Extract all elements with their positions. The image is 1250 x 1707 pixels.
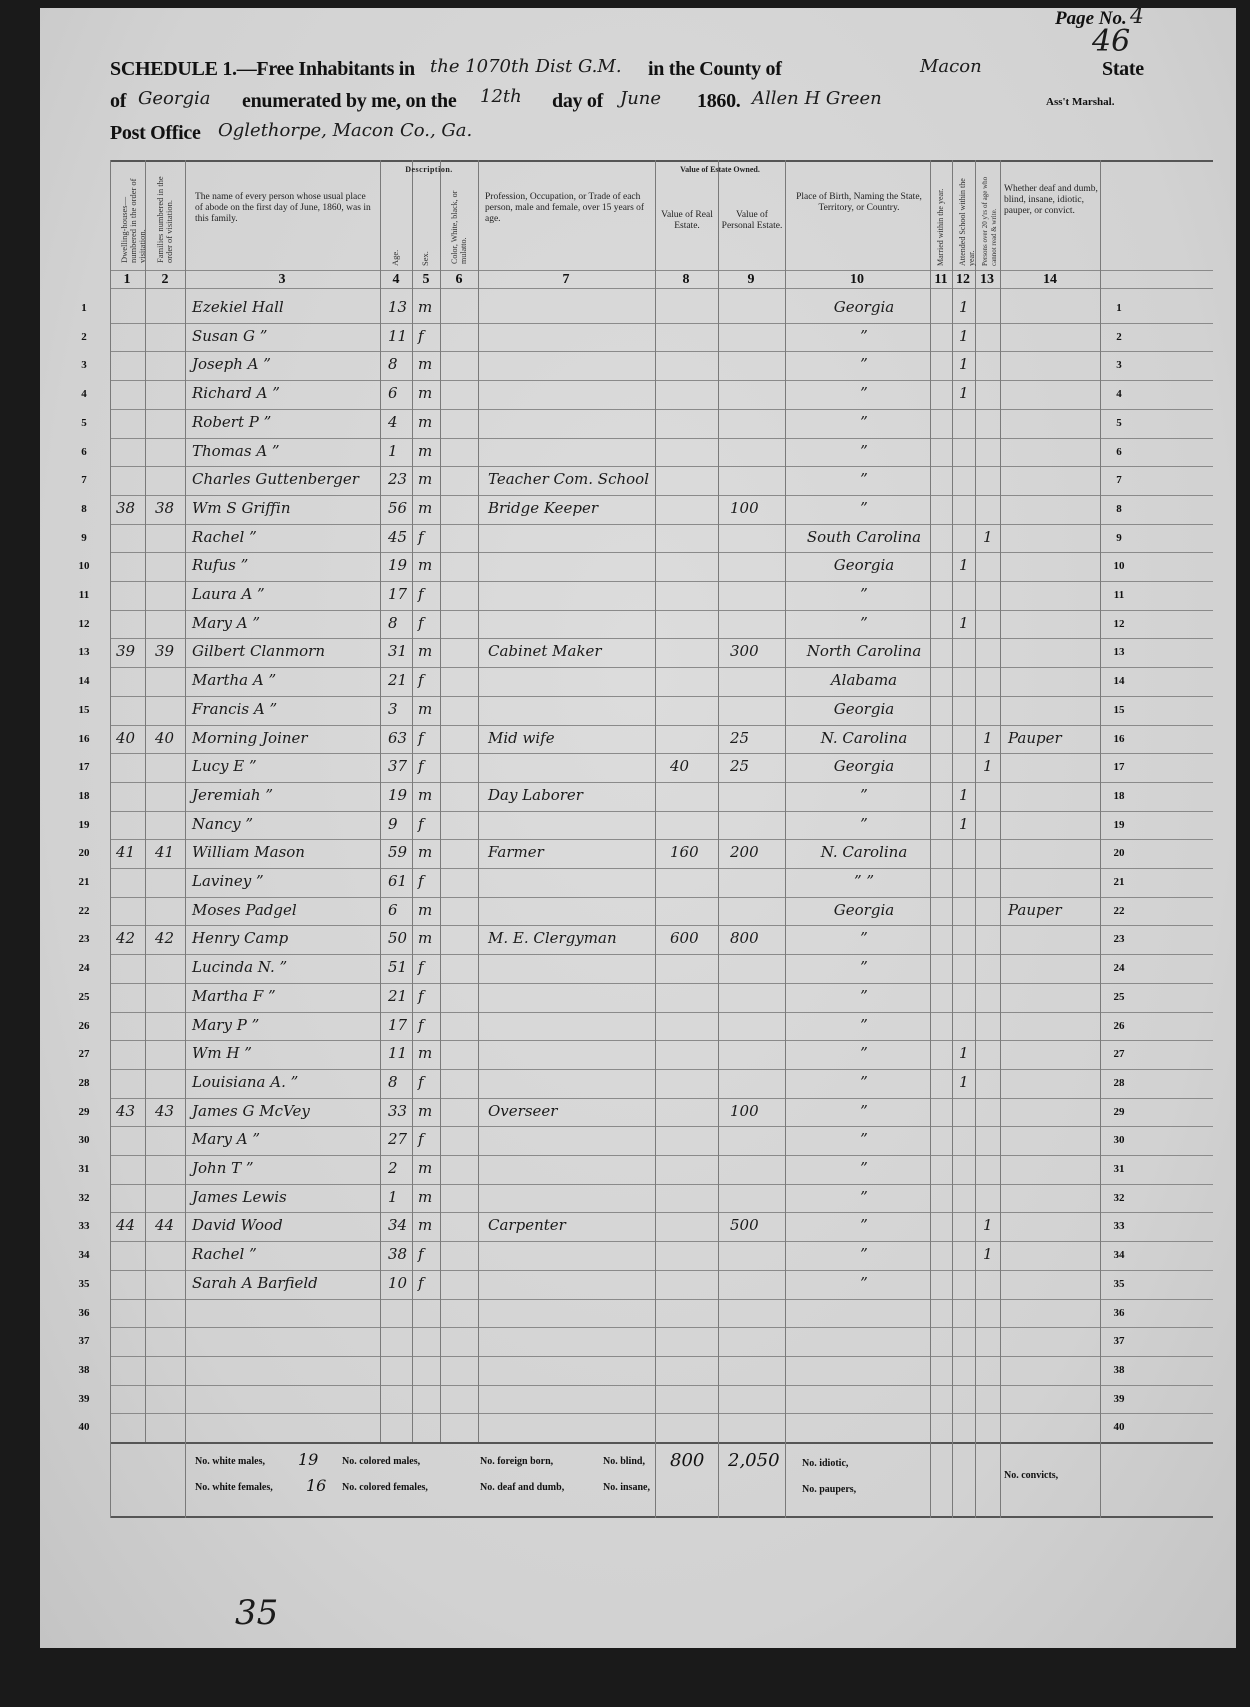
- table-row: 10Rufus ”19mGeorgia110: [110, 552, 1213, 581]
- person-name: Rachel ”: [192, 1245, 257, 1263]
- illiterate-mark: 1: [983, 1245, 993, 1263]
- rownum-right: 36: [1107, 1307, 1131, 1319]
- person-name: John T ”: [192, 1159, 254, 1177]
- condition: Pauper: [1008, 729, 1062, 747]
- rownum-right: 23: [1107, 933, 1131, 945]
- age: 38: [388, 1245, 407, 1263]
- rownum-right: 8: [1107, 503, 1131, 515]
- illiterate-mark: 1: [983, 528, 993, 546]
- birthplace: ”: [800, 1245, 928, 1263]
- sex: m: [418, 1216, 432, 1234]
- condition: Pauper: [1008, 901, 1062, 919]
- sex: m: [418, 843, 432, 861]
- col13-header: Persons over 20 y'rs of age who cannot r…: [981, 166, 999, 266]
- table-row: 3737: [110, 1327, 1213, 1356]
- illiterate-mark: 1: [983, 757, 993, 775]
- rownum-left: 25: [72, 991, 96, 1003]
- rownum-left: 33: [72, 1220, 96, 1232]
- sex: f: [418, 327, 424, 345]
- birthplace: ”: [800, 1016, 928, 1034]
- illiterate-mark: 1: [983, 729, 993, 747]
- column-number: 13: [975, 272, 999, 288]
- age: 11: [388, 1044, 407, 1062]
- personal-estate-value: 500: [730, 1216, 759, 1234]
- column-number: 3: [270, 272, 294, 288]
- table-row: 164040Morning Joiner63fMid wife25N. Caro…: [110, 725, 1213, 754]
- estate-header: Value of Estate Owned.: [655, 164, 785, 175]
- family-number: 42: [155, 929, 174, 947]
- rownum-right: 18: [1107, 790, 1131, 802]
- occupation: M. E. Clergyman: [488, 929, 617, 947]
- table-row: 133939Gilbert Clanmorn31mCabinet Maker30…: [110, 638, 1213, 667]
- birthplace: Georgia: [800, 901, 928, 919]
- white-males-label: No. white males,: [195, 1456, 265, 1467]
- col4-header: Age.: [391, 238, 400, 266]
- rownum-right: 31: [1107, 1163, 1131, 1175]
- district-value: the 1070th Dist G.M.: [430, 56, 622, 77]
- person-name: Jeremiah ”: [192, 786, 273, 804]
- person-name: Charles Guttenberger: [192, 470, 359, 488]
- person-name: Ezekiel Hall: [192, 298, 284, 316]
- sex: m: [418, 786, 432, 804]
- rownum-right: 1: [1107, 302, 1131, 314]
- table-row: 5Robert P ”4m”5: [110, 409, 1213, 438]
- table-row: 83838Wm S Griffin56mBridge Keeper100”8: [110, 495, 1213, 524]
- occupation: Farmer: [488, 843, 544, 861]
- rownum-left: 15: [72, 704, 96, 716]
- age: 8: [388, 614, 398, 632]
- age: 8: [388, 355, 398, 373]
- white-females-label: No. white females,: [195, 1482, 273, 1493]
- rownum-right: 37: [1107, 1335, 1131, 1347]
- column-number: 2: [153, 272, 177, 288]
- age: 27: [388, 1130, 407, 1148]
- age: 21: [388, 671, 407, 689]
- rownum-left: 38: [72, 1364, 96, 1376]
- table-row: 35Sarah A Barfield10f”35: [110, 1270, 1213, 1299]
- column-number: 8: [674, 272, 698, 288]
- personal-estate-value: 100: [730, 1102, 759, 1120]
- column-number: 14: [1038, 272, 1062, 288]
- age: 56: [388, 499, 407, 517]
- rownum-right: 34: [1107, 1249, 1131, 1261]
- birthplace: ”: [800, 1188, 928, 1206]
- rownum-left: 23: [72, 933, 96, 945]
- sex: m: [418, 1044, 432, 1062]
- rownum-left: 24: [72, 962, 96, 974]
- personal-estate-value: 300: [730, 642, 759, 660]
- family-number: 43: [155, 1102, 174, 1120]
- school-mark: 1: [959, 1044, 969, 1062]
- rownum-left: 8: [72, 503, 96, 515]
- table-row: 32James Lewis1m”32: [110, 1184, 1213, 1213]
- rownum-left: 9: [72, 532, 96, 544]
- state-value: Georgia: [138, 88, 210, 109]
- sex: m: [418, 470, 432, 488]
- age: 31: [388, 642, 407, 660]
- table-row: 11Laura A ”17f”11: [110, 581, 1213, 610]
- rownum-right: 6: [1107, 446, 1131, 458]
- description-header: Description.: [380, 164, 478, 175]
- marshal-label: Ass't Marshal.: [1046, 96, 1114, 108]
- person-name: Susan G ”: [192, 327, 267, 345]
- table-row: 2Susan G ”11f”12: [110, 323, 1213, 352]
- insane-label: No. insane,: [603, 1482, 650, 1493]
- col11-header: Married within the year.: [936, 168, 945, 266]
- birthplace: ” ”: [800, 872, 928, 890]
- family-number: 39: [155, 642, 174, 660]
- rownum-left: 32: [72, 1192, 96, 1204]
- rownum-left: 22: [72, 905, 96, 917]
- col5-header: Sex.: [421, 238, 430, 266]
- table-row: 17Lucy E ”37f4025Georgia117: [110, 753, 1213, 782]
- dwelling-number: 40: [116, 729, 135, 747]
- birthplace: ”: [800, 499, 928, 517]
- day-value: 12th: [480, 86, 522, 107]
- schedule-title: SCHEDULE 1.—Free Inhabitants in: [110, 58, 415, 81]
- col10-header: Place of Birth, Naming the State, Territ…: [790, 192, 928, 214]
- column-number: 7: [554, 272, 578, 288]
- sex: m: [418, 384, 432, 402]
- sex: m: [418, 355, 432, 373]
- rownum-right: 2: [1107, 331, 1131, 343]
- rownum-left: 1: [72, 302, 96, 314]
- sex: f: [418, 1016, 424, 1034]
- dwelling-number: 41: [116, 843, 135, 861]
- school-mark: 1: [959, 1073, 969, 1091]
- sex: f: [418, 1073, 424, 1091]
- rownum-left: 2: [72, 331, 96, 343]
- column-number: 4: [384, 272, 408, 288]
- dwelling-number: 39: [116, 642, 135, 660]
- table-bottom-border: [110, 1516, 1213, 1518]
- rownum-left: 26: [72, 1020, 96, 1032]
- table-row: 3838: [110, 1356, 1213, 1385]
- county-value: Macon: [920, 56, 982, 77]
- rownum-right: 17: [1107, 761, 1131, 773]
- day-of-label: day of: [552, 90, 603, 113]
- column-number: 11: [929, 272, 953, 288]
- age: 1: [388, 442, 398, 460]
- bottom-note: 35: [235, 1593, 278, 1633]
- rownum-left: 35: [72, 1278, 96, 1290]
- col1-header: Dwelling-houses—numbered in the order of…: [120, 168, 147, 263]
- school-mark: 1: [959, 786, 969, 804]
- idiotic-label: No. idiotic,: [802, 1458, 848, 1469]
- sex: m: [418, 642, 432, 660]
- table-row: 7Charles Guttenberger23mTeacher Com. Sch…: [110, 466, 1213, 495]
- table-row: 1Ezekiel Hall13mGeorgia11: [110, 294, 1213, 323]
- sex: m: [418, 700, 432, 718]
- sex: f: [418, 872, 424, 890]
- rownum-right: 11: [1107, 589, 1131, 601]
- rownum-left: 39: [72, 1393, 96, 1405]
- person-name: Thomas A ”: [192, 442, 280, 460]
- column-number: 10: [845, 272, 869, 288]
- personal-estate-value: 100: [730, 499, 759, 517]
- family-number: 40: [155, 729, 174, 747]
- school-mark: 1: [959, 298, 969, 316]
- table-row: 21Laviney ”61f” ”21: [110, 868, 1213, 897]
- rownum-left: 7: [72, 474, 96, 486]
- rownum-left: 12: [72, 618, 96, 630]
- age: 4: [388, 413, 398, 431]
- sex: f: [418, 1274, 424, 1292]
- table-row: 15Francis A ”3mGeorgia15: [110, 696, 1213, 725]
- birthplace: ”: [800, 786, 928, 804]
- birthplace: South Carolina: [800, 528, 928, 546]
- header-divider: [110, 270, 1213, 271]
- birthplace: ”: [800, 1216, 928, 1234]
- col12-header: Attended School within the year.: [958, 168, 976, 266]
- person-name: Francis A ”: [192, 700, 277, 718]
- person-name: Joseph A ”: [192, 355, 271, 373]
- real-estate-value: 40: [670, 757, 689, 775]
- rownum-left: 30: [72, 1134, 96, 1146]
- column-number: 12: [951, 272, 975, 288]
- table-row: 27Wm H ”11m”127: [110, 1040, 1213, 1069]
- person-name: James Lewis: [192, 1188, 287, 1206]
- birthplace: ”: [800, 1159, 928, 1177]
- dwelling-number: 42: [116, 929, 135, 947]
- rownum-right: 15: [1107, 704, 1131, 716]
- age: 23: [388, 470, 407, 488]
- birthplace: ”: [800, 327, 928, 345]
- col8-header: Value of Real Estate.: [658, 210, 716, 232]
- white-males-value: 19: [298, 1450, 318, 1469]
- birthplace: ”: [800, 1073, 928, 1091]
- table-row: 9Rachel ”45fSouth Carolina19: [110, 524, 1213, 553]
- dwelling-number: 44: [116, 1216, 135, 1234]
- rownum-right: 4: [1107, 388, 1131, 400]
- real-estate-value: 160: [670, 843, 699, 861]
- person-name: Rufus ”: [192, 556, 248, 574]
- school-mark: 1: [959, 614, 969, 632]
- table-top-border: [110, 160, 1213, 162]
- birthplace: Georgia: [800, 700, 928, 718]
- month-value: June: [620, 88, 661, 109]
- rownum-right: 29: [1107, 1106, 1131, 1118]
- sex: m: [418, 1188, 432, 1206]
- occupation: Bridge Keeper: [488, 499, 598, 517]
- rownum-right: 27: [1107, 1048, 1131, 1060]
- column-number: 9: [739, 272, 763, 288]
- birthplace: ”: [800, 815, 928, 833]
- real-estate-value: 600: [670, 929, 699, 947]
- rownum-right: 33: [1107, 1220, 1131, 1232]
- person-name: Richard A ”: [192, 384, 280, 402]
- colnum-divider: [110, 288, 1213, 289]
- table-row: 28Louisiana A. ”8f”128: [110, 1069, 1213, 1098]
- blind-label: No. blind,: [603, 1456, 645, 1467]
- school-mark: 1: [959, 355, 969, 373]
- person-name: James G McVey: [192, 1102, 310, 1120]
- column-number: 5: [414, 272, 438, 288]
- person-name: Nancy ”: [192, 815, 253, 833]
- rownum-left: 18: [72, 790, 96, 802]
- deaf-dumb-label: No. deaf and dumb,: [480, 1482, 564, 1493]
- stamped-page-number: 46: [1092, 24, 1130, 59]
- birthplace: ”: [800, 470, 928, 488]
- person-name: Lucy E ”: [192, 757, 257, 775]
- age: 63: [388, 729, 407, 747]
- family-number: 38: [155, 499, 174, 517]
- rownum-right: 39: [1107, 1393, 1131, 1405]
- occupation: Mid wife: [488, 729, 555, 747]
- sex: f: [418, 671, 424, 689]
- occupation: Cabinet Maker: [488, 642, 602, 660]
- occupation: Day Laborer: [488, 786, 583, 804]
- person-name: Wm H ”: [192, 1044, 252, 1062]
- table-row: 3Joseph A ”8m”13: [110, 351, 1213, 380]
- person-name: Mary A ”: [192, 614, 260, 632]
- person-name: Louisiana A. ”: [192, 1073, 298, 1091]
- colored-males-label: No. colored males,: [342, 1456, 420, 1467]
- rownum-right: 24: [1107, 962, 1131, 974]
- sex: f: [418, 729, 424, 747]
- table-row: 12Mary A ”8f”112: [110, 610, 1213, 639]
- birthplace: ”: [800, 384, 928, 402]
- person-name: Henry Camp: [192, 929, 288, 947]
- birthplace: N. Carolina: [800, 843, 928, 861]
- rownum-left: 4: [72, 388, 96, 400]
- rownum-right: 22: [1107, 905, 1131, 917]
- rownum-left: 37: [72, 1335, 96, 1347]
- enumerated-label: enumerated by me, on the: [242, 90, 456, 113]
- birthplace: ”: [800, 987, 928, 1005]
- convicts-label: No. convicts,: [1004, 1470, 1058, 1481]
- dwelling-number: 43: [116, 1102, 135, 1120]
- age: 61: [388, 872, 407, 890]
- person-name: Rachel ”: [192, 528, 257, 546]
- rownum-right: 25: [1107, 991, 1131, 1003]
- person-name: Martha F ”: [192, 987, 276, 1005]
- table-row: 294343James G McVey33mOverseer100”29: [110, 1098, 1213, 1127]
- dwelling-number: 38: [116, 499, 135, 517]
- person-name: Lucinda N. ”: [192, 958, 287, 976]
- age: 50: [388, 929, 407, 947]
- rownum-left: 19: [72, 819, 96, 831]
- rownum-left: 13: [72, 646, 96, 658]
- age: 1: [388, 1188, 398, 1206]
- colored-females-label: No. colored females,: [342, 1482, 428, 1493]
- sex: f: [418, 958, 424, 976]
- rownum-left: 36: [72, 1307, 96, 1319]
- occupation: Carpenter: [488, 1216, 566, 1234]
- rownum-left: 16: [72, 733, 96, 745]
- table-row: 234242Henry Camp50mM. E. Clergyman600800…: [110, 925, 1213, 954]
- birthplace: North Carolina: [800, 642, 928, 660]
- rownum-left: 3: [72, 359, 96, 371]
- col2-header: Families numbered in the order of visita…: [156, 168, 174, 263]
- rownum-left: 10: [72, 560, 96, 572]
- age: 2: [388, 1159, 398, 1177]
- rownum-right: 26: [1107, 1020, 1131, 1032]
- year-value: 1860.: [697, 90, 741, 113]
- col7-header: Profession, Occupation, or Trade of each…: [485, 192, 653, 225]
- person-name: Robert P ”: [192, 413, 271, 431]
- rownum-right: 20: [1107, 847, 1131, 859]
- foreign-born-label: No. foreign born,: [480, 1456, 553, 1467]
- rownum-left: 21: [72, 876, 96, 888]
- sex: f: [418, 757, 424, 775]
- person-name: Mary A ”: [192, 1130, 260, 1148]
- rownum-left: 28: [72, 1077, 96, 1089]
- page-number-value: 4: [1130, 4, 1144, 29]
- family-number: 44: [155, 1216, 174, 1234]
- state-label: State: [1102, 58, 1144, 81]
- table-row: 25Martha F ”21f”25: [110, 983, 1213, 1012]
- sex: m: [418, 298, 432, 316]
- birthplace: Alabama: [800, 671, 928, 689]
- sex: m: [418, 442, 432, 460]
- school-mark: 1: [959, 815, 969, 833]
- sex: m: [418, 929, 432, 947]
- table-row: 14Martha A ”21fAlabama14: [110, 667, 1213, 696]
- birthplace: ”: [800, 355, 928, 373]
- person-name: Laviney ”: [192, 872, 264, 890]
- rownum-right: 16: [1107, 733, 1131, 745]
- age: 6: [388, 384, 398, 402]
- sex: m: [418, 499, 432, 517]
- birthplace: Georgia: [800, 556, 928, 574]
- rownum-right: 12: [1107, 618, 1131, 630]
- birthplace: ”: [800, 929, 928, 947]
- rownum-right: 5: [1107, 417, 1131, 429]
- rownum-right: 7: [1107, 474, 1131, 486]
- age: 3: [388, 700, 398, 718]
- rownum-right: 35: [1107, 1278, 1131, 1290]
- school-mark: 1: [959, 384, 969, 402]
- rownum-right: 40: [1107, 1421, 1131, 1433]
- rownum-left: 14: [72, 675, 96, 687]
- rownum-left: 34: [72, 1249, 96, 1261]
- sex: f: [418, 987, 424, 1005]
- sex: f: [418, 528, 424, 546]
- sex: m: [418, 413, 432, 431]
- person-name: Mary P ”: [192, 1016, 259, 1034]
- rownum-left: 40: [72, 1421, 96, 1433]
- sex: f: [418, 815, 424, 833]
- birthplace: ”: [800, 1274, 928, 1292]
- personal-estate-value: 25: [730, 729, 749, 747]
- personal-estate-value: 25: [730, 757, 749, 775]
- rownum-right: 28: [1107, 1077, 1131, 1089]
- age: 34: [388, 1216, 407, 1234]
- person-name: Sarah A Barfield: [192, 1274, 318, 1292]
- birthplace: ”: [800, 1102, 928, 1120]
- birthplace: ”: [800, 585, 928, 603]
- birthplace: ”: [800, 1044, 928, 1062]
- table-row: 34Rachel ”38f”134: [110, 1241, 1213, 1270]
- post-office-value: Oglethorpe, Macon Co., Ga.: [218, 120, 472, 141]
- rownum-right: 10: [1107, 560, 1131, 572]
- age: 17: [388, 585, 407, 603]
- school-mark: 1: [959, 556, 969, 574]
- totals-divider: [110, 1442, 1213, 1444]
- person-name: Moses Padgel: [192, 901, 297, 919]
- age: 19: [388, 786, 407, 804]
- column-number: 6: [447, 272, 471, 288]
- sex: f: [418, 1130, 424, 1148]
- table-row: 22Moses Padgel6mGeorgiaPauper22: [110, 897, 1213, 926]
- post-office-label: Post Office: [110, 122, 201, 145]
- rownum-left: 31: [72, 1163, 96, 1175]
- age: 21: [388, 987, 407, 1005]
- sex: m: [418, 901, 432, 919]
- age: 6: [388, 901, 398, 919]
- sex: m: [418, 1102, 432, 1120]
